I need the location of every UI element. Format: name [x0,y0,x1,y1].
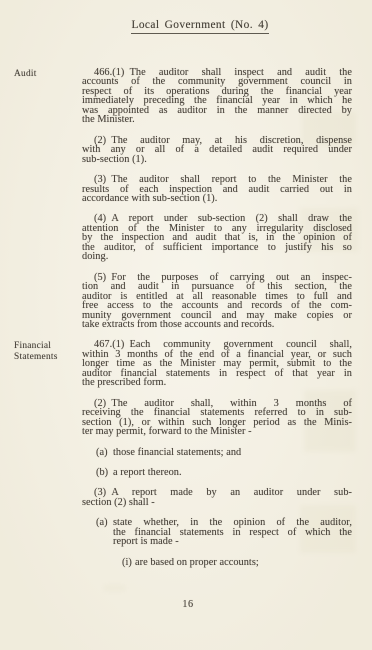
document-section: Audit466.(1) The auditor shall inspect a… [82,68,352,329]
paragraph: (4) A report under sub-section (2) shall… [82,214,352,261]
list-item-text: those financial statements; and [113,448,352,457]
text-line: accordance with sub-section (1). [82,194,352,203]
text-line: section (2) shall - [82,498,352,507]
text-line: the Minister. [82,115,352,124]
text-line: ter may permit, forward to the Minister … [82,427,352,436]
list-item: (b)a report thereon. [96,468,352,477]
margin-label: Financial Statements [14,341,72,362]
paragraph: (3) The auditor shall report to the Mini… [82,175,352,203]
paragraph: (2) The auditor shall, within 3 months o… [82,399,352,437]
margin-label: Audit [14,69,72,79]
text-line: the auditor, of sufficient importance to… [82,243,352,252]
page-header: Local Government (No. 4) [28,19,372,34]
paragraph: (5) For the purposes of carrying out an … [82,273,352,330]
list-item-marker: (a) [96,448,113,457]
list-item: (a)state whether, in the opinion of the … [96,518,352,546]
text-line: take extracts from those accounts and re… [82,320,352,329]
text-line: a report thereon. [113,468,352,477]
text-line: the prescribed form. [82,378,352,387]
document-body: Audit466.(1) The auditor shall inspect a… [82,57,352,567]
paragraph: 467.(1) Each community government counci… [82,340,352,387]
list-item: (a)those financial statements; and [96,448,352,457]
list-item-text: a report thereon. [113,468,352,477]
paragraph: (2) The auditor may, at his discretion, … [82,136,352,164]
list-item-marker: (b) [96,468,113,477]
text-line: those financial statements; and [113,448,352,457]
text-line: doing. [82,252,352,261]
list-item-marker: (a) [96,518,113,546]
bleedthrough-artifact [104,585,126,591]
paragraph: 466.(1) The auditor shall inspect and au… [82,68,352,125]
list-item-text: are based on proper accounts; [135,558,352,567]
text-line: are based on proper accounts; [135,558,352,567]
document-page: Local Government (No. 4) Audit466.(1) Th… [0,0,372,650]
list-item-text: state whether, in the opinion of the aud… [113,518,352,546]
text-line: sub-section (1). [82,155,352,164]
list-item-marker: (i) [122,558,135,567]
page-title: Local Government (No. 4) [131,19,268,34]
paragraph: (3) A report made by an auditor under su… [82,488,352,507]
page-number: 16 [176,599,200,610]
text-line: report is made - [113,537,352,546]
list-item: (i)are based on proper accounts; [122,558,352,567]
document-section: Financial Statements467.(1) Each communi… [82,340,352,567]
